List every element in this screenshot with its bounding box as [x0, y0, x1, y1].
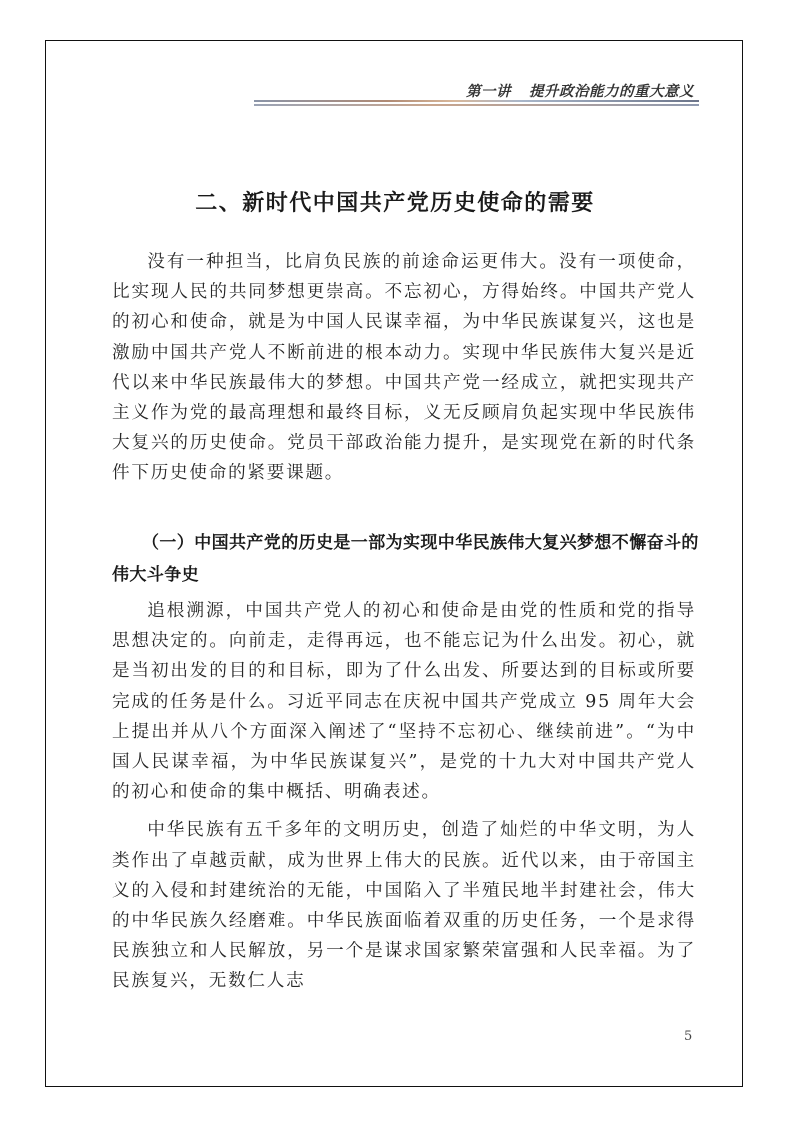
- running-head-title: 提升政治能力的重大意义: [529, 84, 694, 100]
- header-rule-line-top: [254, 100, 699, 102]
- subsection-title-line2: 伟大斗争史: [112, 559, 702, 591]
- subsection-body: 追根溯源，中国共产党人的初心和使命是由党的性质和党的指导思想决定的。向前走，走得…: [112, 596, 696, 997]
- paragraph: 中华民族有五千多年的文明历史，创造了灿烂的中华文明，为人类作出了卓越贡献，成为世…: [112, 815, 696, 996]
- subsection-title: （一）中国共产党的历史是一部为实现中华民族伟大复兴梦想不懈奋斗的 伟大斗争史: [112, 527, 702, 591]
- running-head-chapter: 第一讲: [466, 84, 511, 100]
- subsection-title-line1: （一）中国共产党的历史是一部为实现中华民族伟大复兴梦想不懈奋斗的: [112, 527, 702, 559]
- section-title: 二、新时代中国共产党历史使命的需要: [0, 186, 790, 217]
- page-number: 5: [684, 1029, 692, 1044]
- paragraph: 追根溯源，中国共产党人的初心和使命是由党的性质和党的指导思想决定的。向前走，走得…: [112, 596, 696, 807]
- header-rule: [254, 100, 699, 106]
- intro-body: 没有一种担当，比肩负民族的前途命运更伟大。没有一项使命，比实现人民的共同梦想更崇…: [112, 247, 696, 489]
- paragraph: 没有一种担当，比肩负民族的前途命运更伟大。没有一项使命，比实现人民的共同梦想更崇…: [112, 247, 696, 489]
- running-head: 第一讲提升政治能力的重大意义: [466, 80, 694, 101]
- header-rule-line-bottom: [254, 104, 699, 106]
